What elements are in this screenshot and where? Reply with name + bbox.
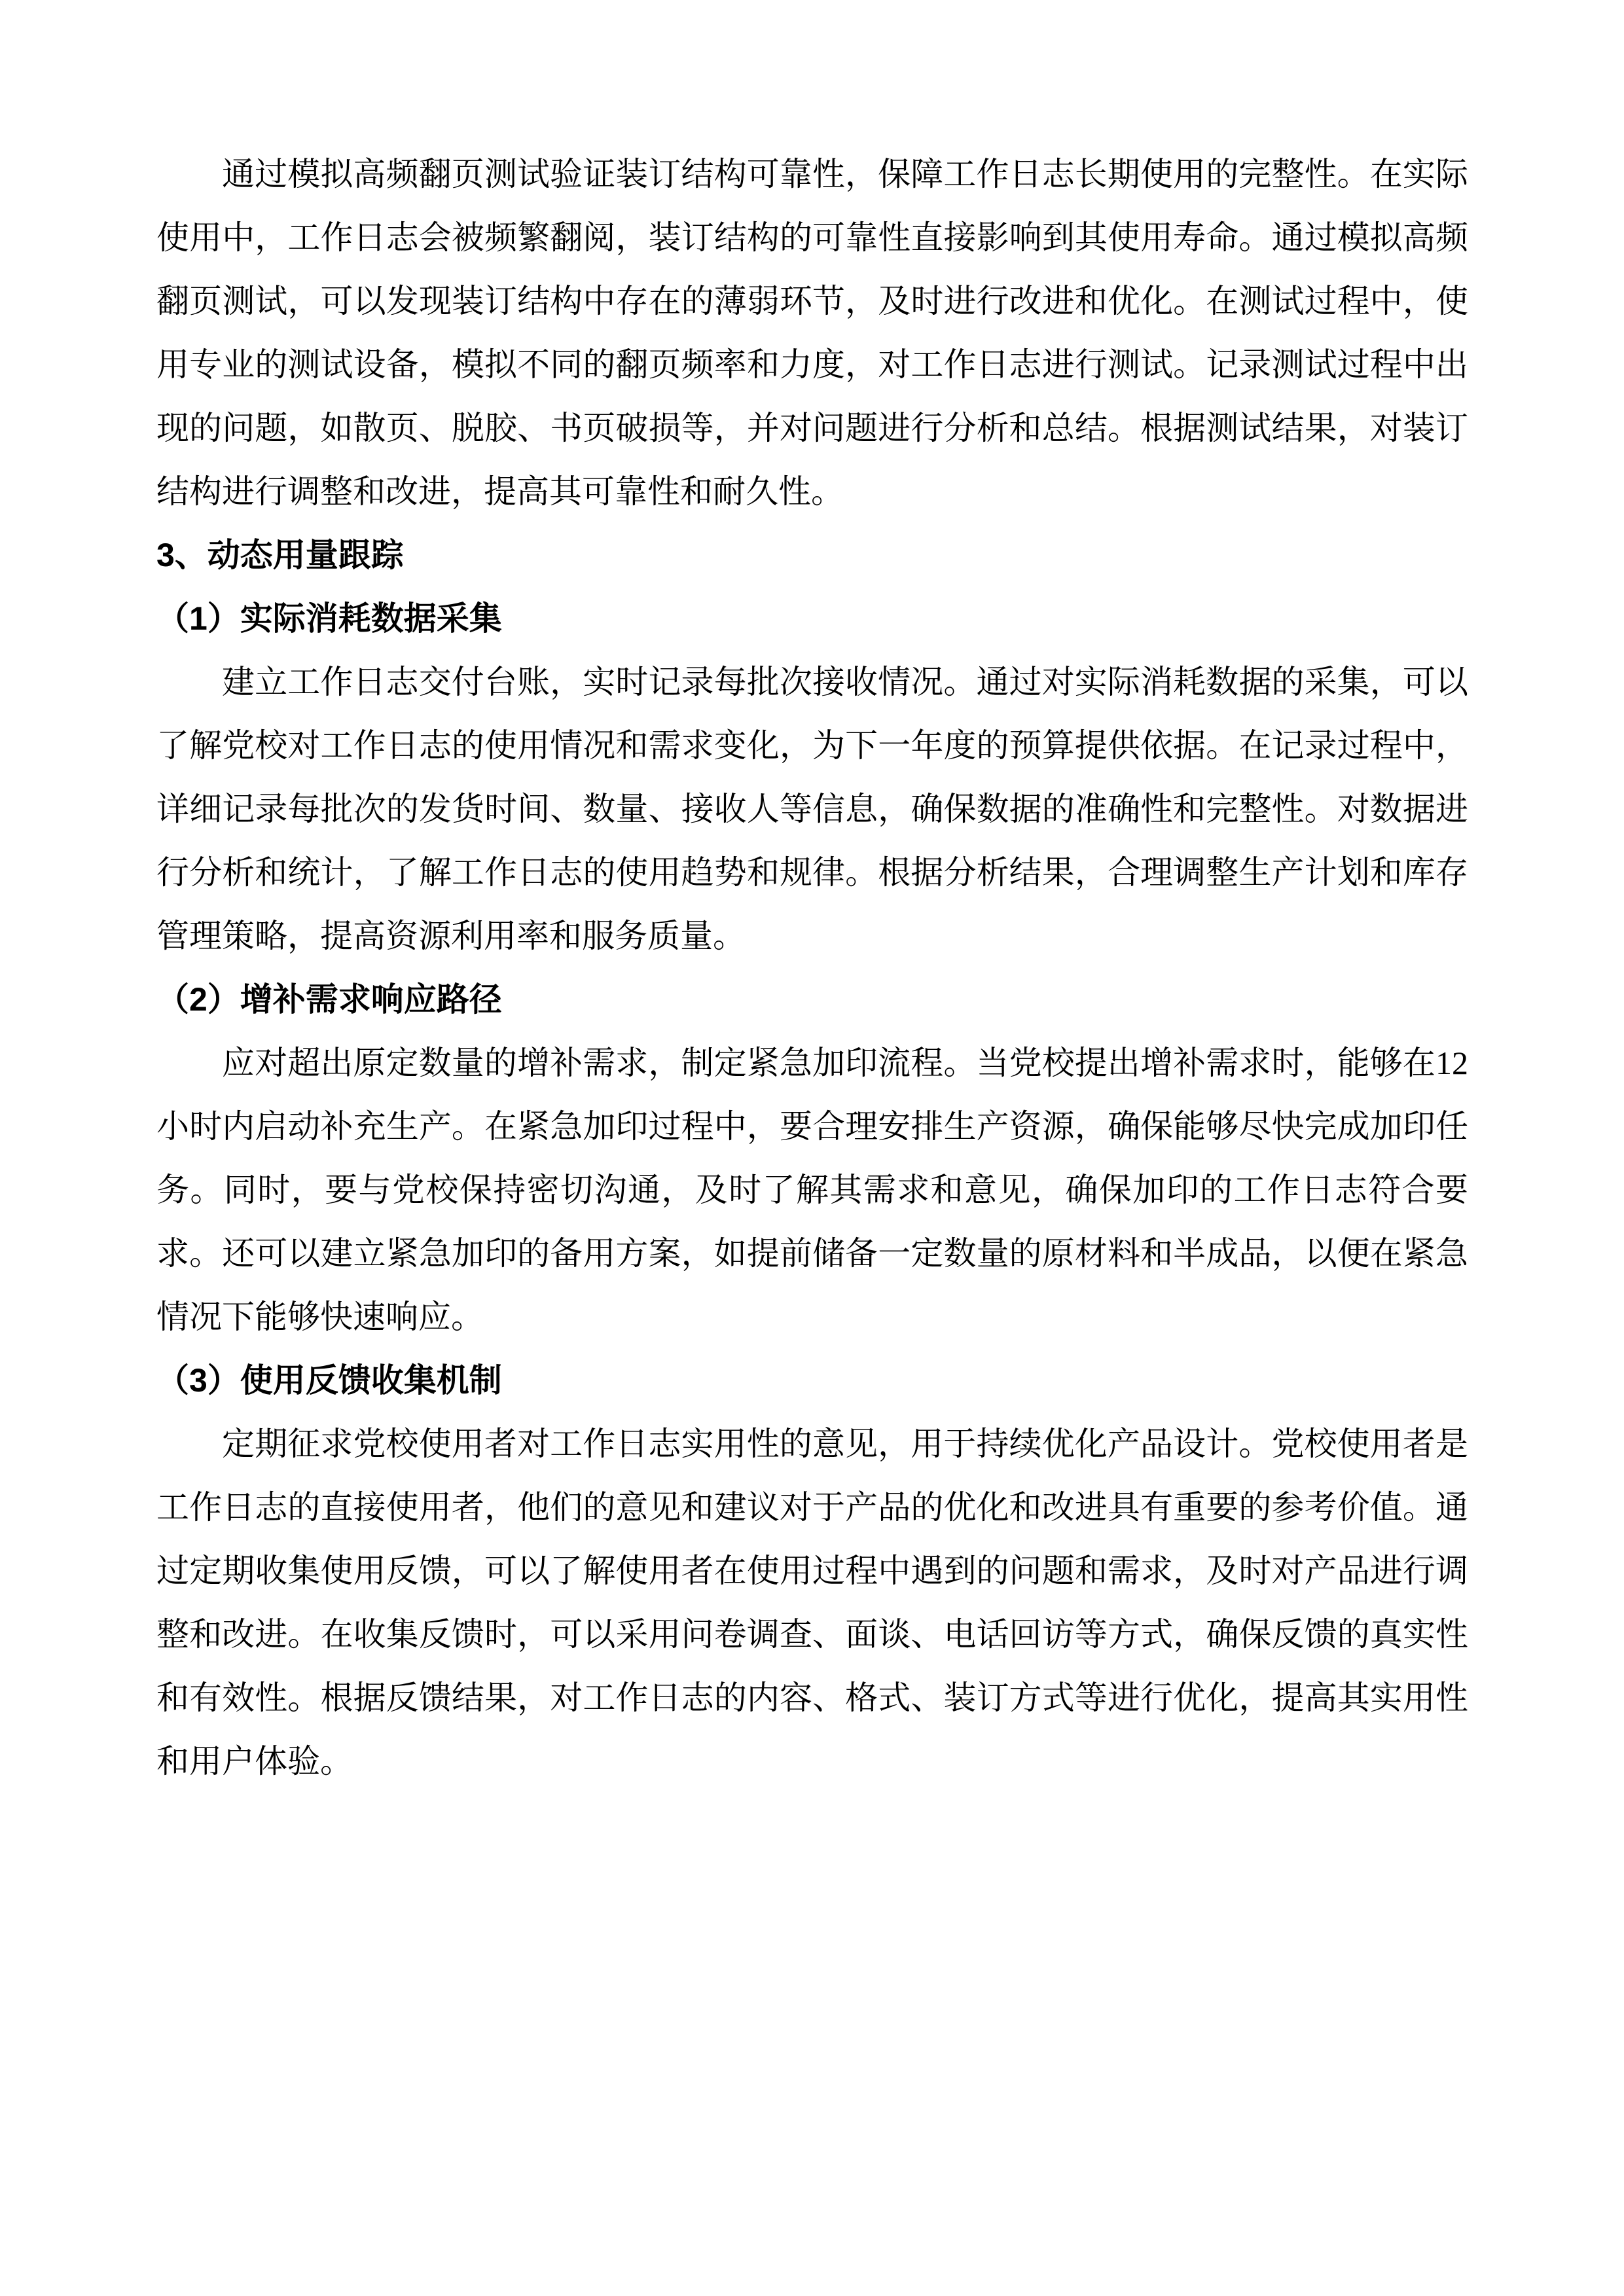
document-body: 通过模拟高频翻页测试验证装订结构可靠性，保障工作日志长期使用的完整性。在实际使用… [156, 143, 1468, 1793]
paragraph-supplement-demand: 应对超出原定数量的增补需求，制定紧急加印流程。当党校提出增补需求时，能够在12 … [156, 1031, 1468, 1349]
heading-section-3-dynamic-usage-tracking: 3、动态用量跟踪 [156, 524, 1468, 587]
heading-sub-3-feedback-collection: （3）使用反馈收集机制 [156, 1349, 1468, 1412]
heading-sub-1-consumption-data-collection: （1）实际消耗数据采集 [156, 587, 1468, 651]
paragraph-binding-test: 通过模拟高频翻页测试验证装订结构可靠性，保障工作日志长期使用的完整性。在实际使用… [156, 143, 1468, 524]
paragraph-feedback-collection: 定期征求党校使用者对工作日志实用性的意见，用于持续优化产品设计。党校使用者是工作… [156, 1412, 1468, 1793]
paragraph-consumption-data: 建立工作日志交付台账，实时记录每批次接收情况。通过对实际消耗数据的采集，可以了解… [156, 651, 1468, 968]
heading-sub-2-supplement-demand-response: （2）增补需求响应路径 [156, 968, 1468, 1031]
document-page: 通过模拟高频翻页测试验证装订结构可靠性，保障工作日志长期使用的完整性。在实际使用… [0, 0, 1624, 2296]
